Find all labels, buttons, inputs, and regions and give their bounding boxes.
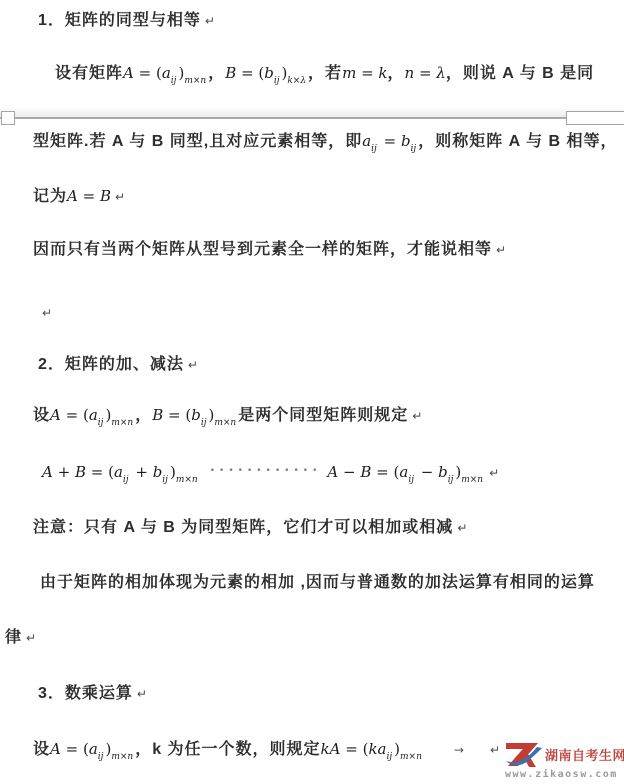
- text-run: ，: [135, 407, 152, 424]
- math-operator: = (: [163, 406, 191, 424]
- paragraph-line: 律↵: [5, 625, 36, 651]
- text-run: ，则说 A 与 B 是同: [446, 65, 594, 82]
- math-operator: −: [416, 463, 438, 481]
- math-subscript: ij: [386, 752, 392, 762]
- paragraph-mark-icon: ↵: [496, 243, 506, 257]
- empty-paragraph: ↵: [38, 300, 52, 326]
- text-run: 设: [33, 407, 50, 424]
- math-variable: kA: [321, 740, 341, 758]
- math-operator: = (: [371, 463, 399, 481]
- text-run: 2．矩阵的加、减法: [38, 356, 184, 373]
- math-variable: A: [50, 406, 61, 424]
- math-variable: a: [399, 463, 408, 481]
- watermark-site-name: 湖南自考生网: [545, 745, 624, 764]
- math-variable: m: [342, 64, 356, 82]
- math-variable: a: [362, 132, 371, 150]
- page-separator-line: [0, 108, 624, 119]
- paragraph-line: 设有矩阵A = (aij)m×n，B = (bij)k×λ，若m = k，n =…: [55, 60, 594, 86]
- paragraph-line: 记为A = B↵: [33, 183, 125, 209]
- text-run: 设: [33, 741, 50, 758]
- math-subscript: ij: [411, 144, 417, 154]
- math-subscript: ij: [371, 144, 377, 154]
- text-run: ，则称矩阵 A 与 B 相等，: [418, 133, 617, 150]
- math-variable: a: [114, 463, 123, 481]
- math-operator: = (: [236, 64, 264, 82]
- math-operator: =: [414, 64, 436, 82]
- text-run: ，k 为任一个数，则规定: [135, 741, 320, 758]
- text-run: 1．矩阵的同型与相等: [38, 12, 201, 29]
- math-subscript: m×n: [111, 752, 133, 762]
- math-subscript: m×n: [176, 475, 198, 485]
- zikaosw-logo-icon: [505, 741, 543, 768]
- math-operator: = (: [340, 740, 368, 758]
- math-variable: B: [75, 463, 86, 481]
- math-operator: =: [356, 64, 378, 82]
- text-run: 设有矩阵: [55, 65, 123, 82]
- section-heading-3: 3．数乘运算↵: [38, 681, 147, 707]
- text-run: 型矩阵.若 A 与 B 同型,且对应元素相等，即: [33, 133, 362, 150]
- paragraph-line: 注意：只有 A 与 B 为同型矩阵，它们才可以相加或相减↵: [33, 515, 467, 541]
- paragraph-mark-icon: ↵: [188, 358, 198, 372]
- math-subscript: ij: [274, 76, 280, 86]
- math-variable: A: [327, 463, 338, 481]
- math-variable: b: [153, 463, 163, 481]
- text-run: ，: [388, 65, 405, 82]
- math-variable: B: [152, 406, 163, 424]
- math-operator: =: [379, 132, 401, 150]
- math-subscript: ij: [448, 475, 454, 485]
- paragraph-line: 型矩阵.若 A 与 B 同型,且对应元素相等，即aij = bij，则称矩阵 A…: [33, 128, 618, 154]
- math-variable: A: [67, 187, 78, 205]
- math-variable: n: [405, 64, 415, 82]
- math-operator: ): [170, 463, 176, 481]
- text-run: 因而只有当两个矩阵从型号到元素全一样的矩阵，才能说相等: [33, 241, 492, 258]
- paragraph-line: 由于矩阵的相加体现为元素的相加 ,因而与普通数的加法运算有相同的运算: [40, 570, 595, 596]
- math-subscript: ij: [171, 76, 177, 86]
- math-variable: b: [438, 463, 448, 481]
- text-run: 律: [5, 629, 22, 646]
- paragraph-mark-icon: ↵: [489, 466, 499, 480]
- text-run: 3．数乘运算: [38, 685, 133, 702]
- math-subscript: ij: [162, 475, 168, 485]
- math-operator: −: [338, 463, 360, 481]
- paragraph-line: 因而只有当两个矩阵从型号到元素全一样的矩阵，才能说相等↵: [33, 237, 506, 263]
- math-operator: =: [78, 187, 100, 205]
- math-subscript: k×λ: [287, 76, 306, 86]
- math-variable: b: [191, 406, 201, 424]
- math-variable: B: [100, 187, 111, 205]
- math-variable: a: [89, 406, 98, 424]
- watermark-site-url: www.zikaosw.com: [505, 769, 623, 780]
- paragraph-mark-icon: ↵: [490, 743, 500, 757]
- math-variable: A: [42, 463, 53, 481]
- math-subscript: m×n: [184, 76, 206, 86]
- math-variable: ka: [368, 740, 386, 758]
- math-subscript: ij: [408, 475, 414, 485]
- math-subscript: ij: [98, 752, 104, 762]
- paragraph-mark-icon: ↵: [457, 521, 467, 535]
- math-variable: a: [162, 64, 171, 82]
- text-run: 由于矩阵的相加体现为元素的相加 ,因而与普通数的加法运算有相同的运算: [40, 574, 595, 591]
- text-run: 注意：只有 A 与 B 为同型矩阵，它们才可以相加或相减: [33, 519, 453, 536]
- math-operator: +: [53, 463, 75, 481]
- section-heading-1: 1．矩阵的同型与相等↵: [38, 8, 215, 34]
- math-subscript: ij: [123, 475, 129, 485]
- document-page: 1．矩阵的同型与相等↵设有矩阵A = (aij)m×n，B = (bij)k×λ…: [0, 0, 624, 784]
- paragraph-line: 设A = (aij)m×n，B = (bij)m×n是两个同型矩阵则规定↵: [33, 402, 422, 428]
- math-operator: = (: [134, 64, 162, 82]
- dotted-leader: ••••••••••••: [210, 466, 322, 476]
- text-run: ，: [208, 65, 225, 82]
- paragraph-line: 设A = (aij)m×n，k 为任一个数，则规定kA = (kaij)m×n→…: [33, 736, 500, 762]
- section-heading-2: 2．矩阵的加、减法↵: [38, 352, 198, 378]
- text-run: ，若: [308, 65, 342, 82]
- math-variable: A: [50, 740, 61, 758]
- separator-left-mark: [1, 111, 15, 125]
- math-subscript: ij: [98, 418, 104, 428]
- math-variable: a: [89, 740, 98, 758]
- math-operator: = (: [61, 740, 89, 758]
- formula-line: A + B = (aij + bij)m×n••••••••••••A − B …: [42, 459, 499, 485]
- math-subscript: m×n: [111, 418, 133, 428]
- math-variable: A: [123, 64, 134, 82]
- math-variable: b: [264, 64, 274, 82]
- math-variable: k: [378, 64, 387, 82]
- math-variable: b: [401, 132, 411, 150]
- separator-right-mark: [566, 111, 624, 125]
- math-subscript: ij: [201, 418, 207, 428]
- math-subscript: m×n: [400, 752, 422, 762]
- paragraph-mark-icon: ↵: [137, 687, 147, 701]
- math-subscript: m×n: [214, 418, 236, 428]
- math-subscript: m×n: [461, 475, 483, 485]
- math-operator: = (: [61, 406, 89, 424]
- math-variable: B: [225, 64, 236, 82]
- text-run: 记为: [33, 188, 67, 205]
- paragraph-mark-icon: ↵: [412, 409, 422, 423]
- math-operator: = (: [86, 463, 114, 481]
- paragraph-mark-icon: ↵: [115, 190, 125, 204]
- math-operator: +: [131, 463, 153, 481]
- math-variable: B: [360, 463, 371, 481]
- paragraph-mark-icon: ↵: [42, 306, 52, 320]
- site-watermark: 湖南自考生网 www.zikaosw.com: [505, 741, 623, 783]
- math-variable: λ: [436, 64, 446, 82]
- text-run: 是两个同型矩阵则规定: [238, 407, 408, 424]
- paragraph-mark-icon: ↵: [205, 14, 215, 28]
- paragraph-mark-icon: ↵: [26, 631, 36, 645]
- tab-arrow-icon: →: [454, 743, 464, 757]
- watermark-row: 湖南自考生网: [505, 741, 623, 768]
